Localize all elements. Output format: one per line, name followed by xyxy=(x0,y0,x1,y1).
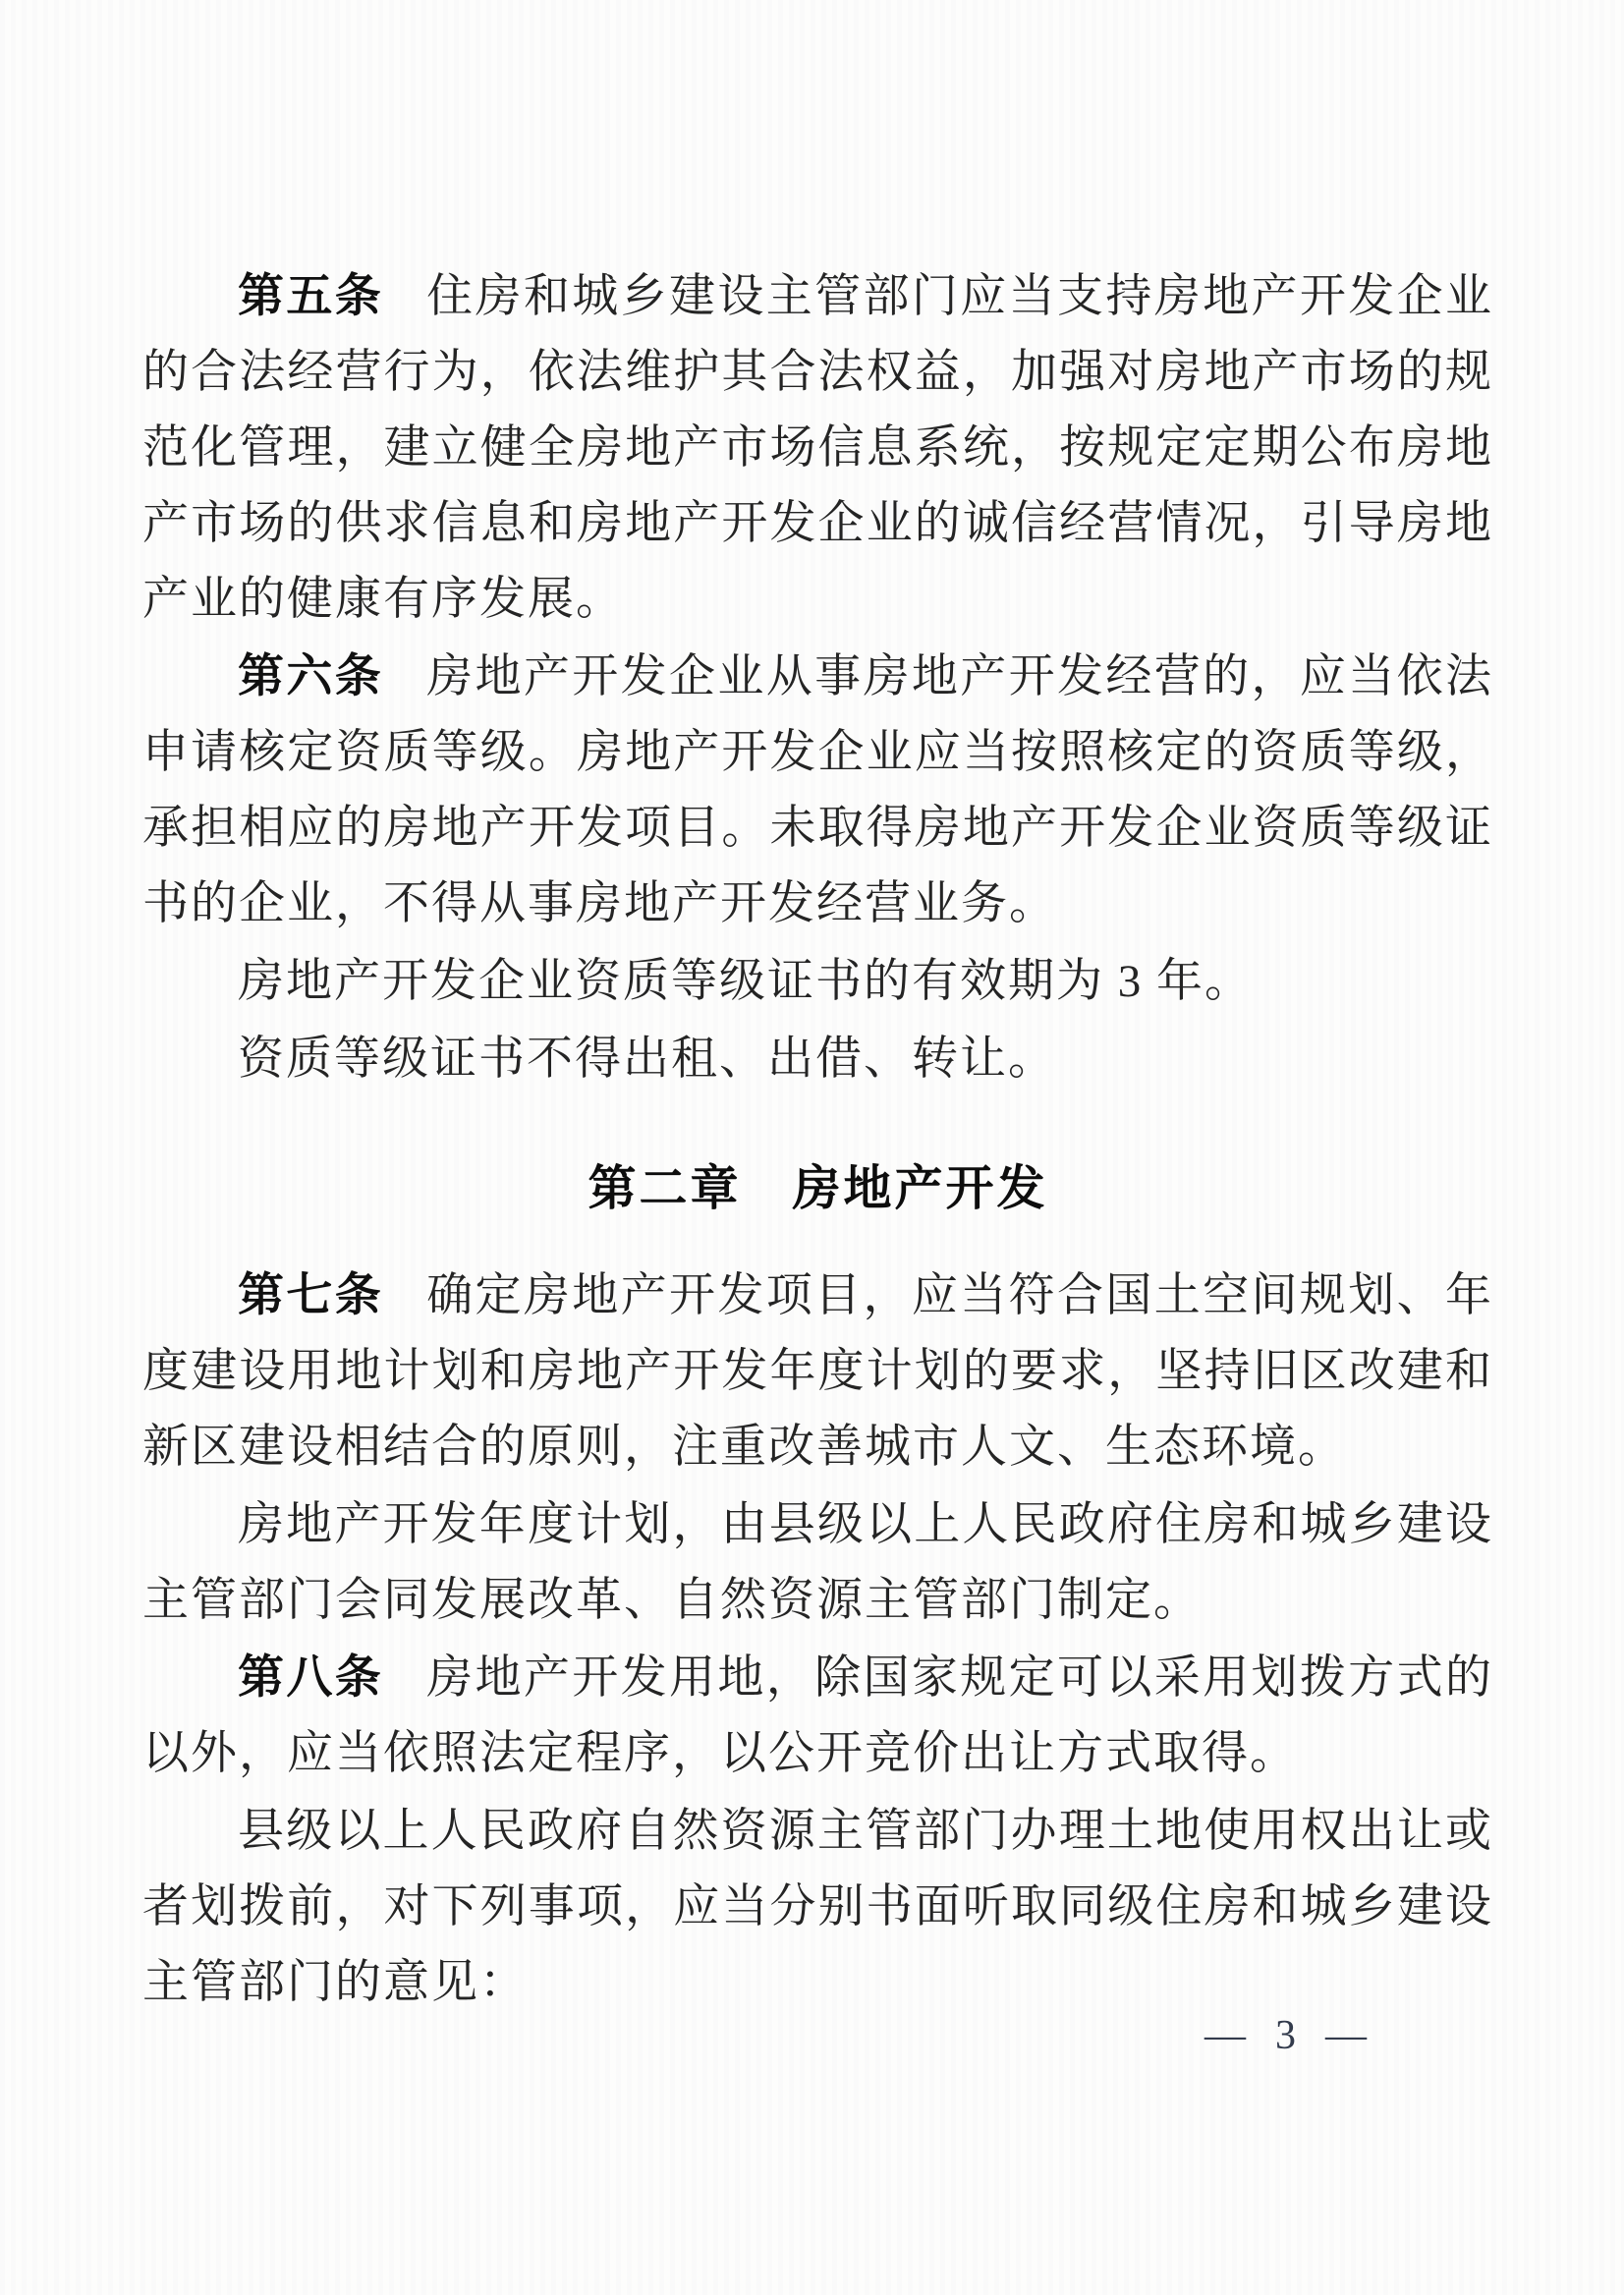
paragraph-text: 房地产开发企业资质等级证书的有效期为 3 年。 xyxy=(238,956,1253,1007)
article-7-number: 第七条 xyxy=(238,1268,383,1320)
article-5-text: 住房和城乡建设主管部门应当支持房地产开发企业的合法经营行为，依法维护其合法权益，… xyxy=(142,271,1493,625)
paragraph-article-8: 第八条房地产开发用地，除国家规定可以采用划拨方式的以外，应当依照法定程序，以公开… xyxy=(142,1639,1493,1792)
chapter-2-heading: 第二章 房地产开发 xyxy=(142,1151,1493,1227)
paragraph-certificate-transfer: 资质等级证书不得出租、出借、转让。 xyxy=(142,1020,1493,1097)
paragraph-article-6: 第六条房地产开发企业从事房地产开发经营的，应当依法申请核定资质等级。房地产开发企… xyxy=(142,638,1493,942)
article-6-number: 第六条 xyxy=(238,649,383,701)
paragraph-text: 资质等级证书不得出租、出借、转让。 xyxy=(238,1034,1056,1085)
page-footer: — 3 — xyxy=(1204,2012,1367,2059)
paragraph-land-transfer-opinions: 县级以上人民政府自然资源主管部门办理土地使用权出让或者划拨前，对下列事项，应当分… xyxy=(142,1792,1493,2021)
footer-dash-left: — xyxy=(1204,2012,1246,2059)
article-8-number: 第八条 xyxy=(238,1651,383,1703)
paragraph-article-5: 第五条住房和城乡建设主管部门应当支持房地产开发企业的合法经营行为，依法维护其合法… xyxy=(142,257,1493,638)
paragraph-certificate-validity: 房地产开发企业资质等级证书的有效期为 3 年。 xyxy=(142,942,1493,1020)
footer-dash-right: — xyxy=(1325,2012,1367,2059)
paragraph-text: 房地产开发年度计划，由县级以上人民政府住房和城乡建设主管部门会同发展改革、自然资… xyxy=(142,1499,1493,1626)
article-5-number: 第五条 xyxy=(238,269,383,321)
document-body: 第五条住房和城乡建设主管部门应当支持房地产开发企业的合法经营行为，依法维护其合法… xyxy=(142,257,1493,2021)
paragraph-text: 县级以上人民政府自然资源主管部门办理土地使用权出让或者划拨前，对下列事项，应当分… xyxy=(142,1806,1493,2008)
page-number: 3 xyxy=(1275,2012,1296,2059)
scanned-document-page: 第五条住房和城乡建设主管部门应当支持房地产开发企业的合法经营行为，依法维护其合法… xyxy=(0,0,1624,2295)
paragraph-article-7: 第七条确定房地产开发项目，应当符合国土空间规划、年度建设用地计划和房地产开发年度… xyxy=(142,1257,1493,1485)
paragraph-annual-plan: 房地产开发年度计划，由县级以上人民政府住房和城乡建设主管部门会同发展改革、自然资… xyxy=(142,1485,1493,1639)
